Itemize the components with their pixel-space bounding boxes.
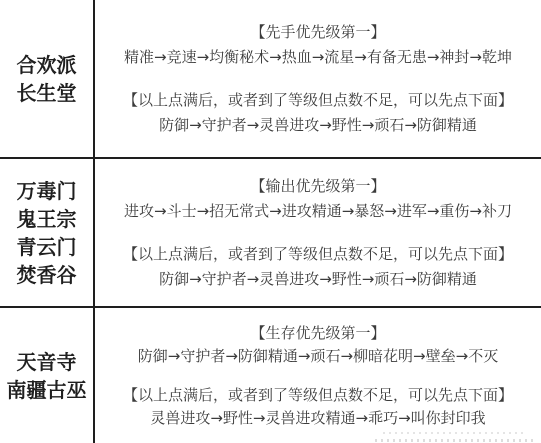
priority-cell: 【输出优先级第一】 进攻→斗士→招无常式→进攻精通→暴怒→进军→重伤→补刀 【以… (95, 159, 541, 306)
primary-sequence: 进攻→斗士→招无常式→进攻精通→暴怒→进军→重伤→补刀 (124, 199, 512, 224)
sect-name: 合欢派 (17, 51, 77, 79)
table-row: 天音寺 南疆古巫 【生存优先级第一】 防御→守护者→防御精通→顽石→柳暗花明→壁… (0, 308, 541, 443)
priority-cell: 【先手优先级第一】 精准→竞速→均衡秘术→热血→流星→有备无患→神封→乾坤 【以… (95, 0, 541, 157)
table-row: 万毒门 鬼王宗 青云门 焚香谷 【输出优先级第一】 进攻→斗士→招无常式→进攻精… (0, 159, 541, 308)
table-row: 合欢派 长生堂 【先手优先级第一】 精准→竞速→均衡秘术→热血→流星→有备无患→… (0, 0, 541, 159)
sect-name: 南疆古巫 (7, 376, 87, 404)
fallback-sequence: 防御→守护者→灵兽进攻→野性→顽石→防御精通 (159, 267, 477, 292)
sect-cell: 万毒门 鬼王宗 青云门 焚香谷 (0, 159, 95, 306)
fallback-note: 【以上点满后，或者到了等级但点数不足，可以先点下面】 (123, 384, 513, 407)
priority-title: 【先手优先级第一】 (250, 20, 385, 45)
fallback-note: 【以上点满后，或者到了等级但点数不足，可以先点下面】 (123, 242, 513, 267)
sect-cell: 天音寺 南疆古巫 (0, 308, 95, 443)
primary-sequence: 精准→竞速→均衡秘术→热血→流星→有备无患→神封→乾坤 (124, 45, 512, 70)
priority-cell: 【生存优先级第一】 防御→守护者→防御精通→顽石→柳暗花明→壁垒→不灭 【以上点… (95, 308, 541, 443)
priority-title: 【输出优先级第一】 (250, 174, 385, 199)
sect-name: 长生堂 (17, 79, 77, 107)
watermark-fragment (375, 439, 533, 442)
sect-name: 天音寺 (17, 348, 77, 376)
fallback-note: 【以上点满后，或者到了等级但点数不足，可以先点下面】 (123, 88, 513, 113)
fallback-sequence: 灵兽进攻→野性→灵兽进攻精通→乖巧→叫你封印我 (150, 407, 485, 430)
guide-table-page: 合欢派 长生堂 【先手优先级第一】 精准→竞速→均衡秘术→热血→流星→有备无患→… (0, 0, 541, 443)
sect-name: 焚香谷 (17, 261, 77, 289)
sect-name: 鬼王宗 (17, 205, 77, 233)
sect-name: 青云门 (17, 233, 77, 261)
primary-sequence: 防御→守护者→防御精通→顽石→柳暗花明→壁垒→不灭 (138, 345, 498, 368)
sect-cell: 合欢派 长生堂 (0, 0, 95, 157)
fallback-sequence: 防御→守护者→灵兽进攻→野性→顽石→防御精通 (159, 113, 477, 138)
priority-title: 【生存优先级第一】 (250, 322, 385, 345)
watermark-fragment (383, 432, 525, 434)
sect-name: 万毒门 (17, 177, 77, 205)
